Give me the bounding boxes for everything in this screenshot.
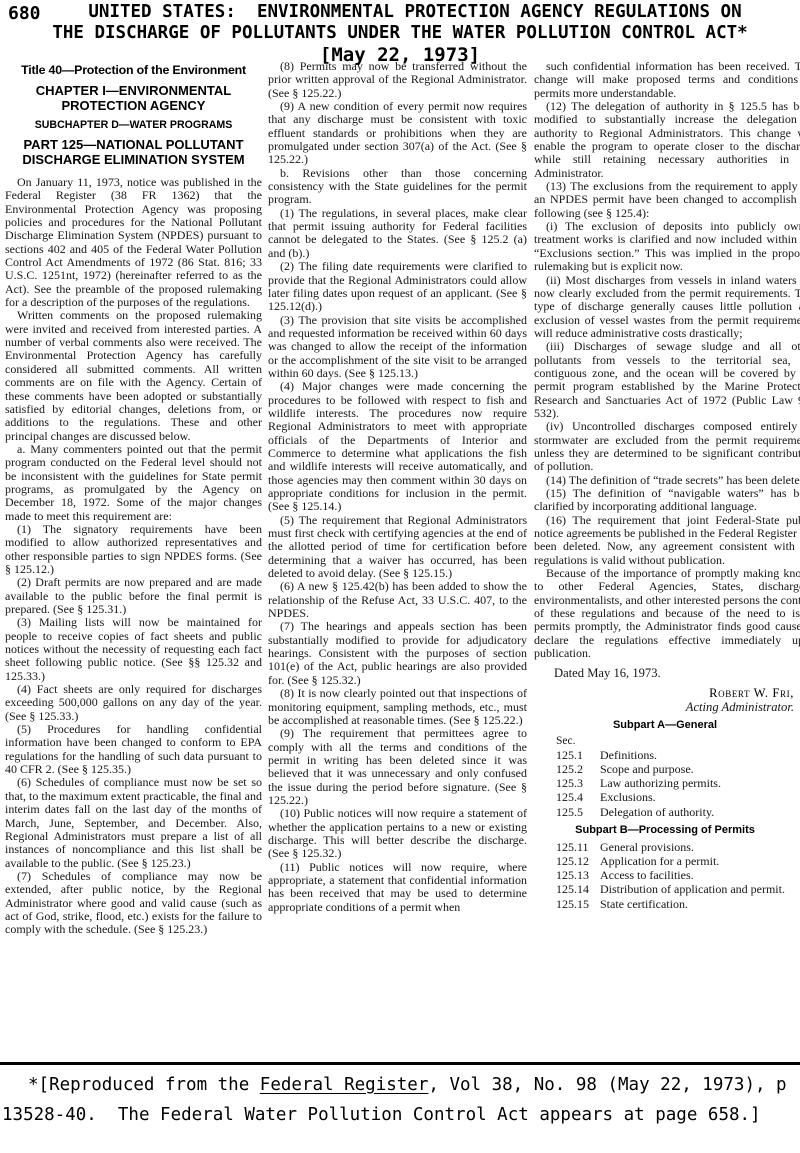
toc-entry: 125.5 Delegation of authority. <box>534 805 800 819</box>
paragraph: (6) Schedules of compliance must now be … <box>5 776 262 869</box>
paragraph: (8) Permits may now be transferred witho… <box>268 60 527 100</box>
part-heading: PART 125—NATIONAL POLLUTANT DISCHARGE EL… <box>13 138 254 167</box>
paragraph: (1) The regulations, in several places, … <box>268 207 527 260</box>
paragraph: (3) Mailing lists will now be maintained… <box>5 616 262 683</box>
paragraph: b. Revisions other than those concerning… <box>268 167 527 207</box>
paragraph: (5) The requirement that Regional Admini… <box>268 514 527 581</box>
document-page: 680 UNITED STATES: ENVIRONMENTAL PROTECT… <box>0 0 800 1153</box>
paragraph: (13) The exclusions from the requirement… <box>534 180 800 220</box>
toc-entry: 125.1 Definitions. <box>534 748 800 762</box>
toc-entry-label: Scope and purpose. <box>600 762 800 776</box>
title-40-heading: Title 40—Protection of the Environment <box>5 63 262 77</box>
paragraph: (9) The requirement that permittees agre… <box>268 727 527 807</box>
paragraph: (14) The definition of “trade secrets” h… <box>534 474 800 487</box>
toc-entry-label: Application for a permit. <box>600 854 800 868</box>
paragraph: On January 11, 1973, notice was publishe… <box>5 176 262 309</box>
dated-line: Dated May 16, 1973. <box>534 667 800 680</box>
middle-column: (8) Permits may now be transferred witho… <box>268 60 527 1062</box>
left-column: Title 40—Protection of the Environment C… <box>5 60 262 1062</box>
toc-entry: 125.14 Distribution of application and p… <box>534 882 800 896</box>
right-column: such confidential information has been r… <box>534 60 800 1062</box>
paragraph: (4) Fact sheets are only required for di… <box>5 683 262 723</box>
paragraph: (8) It is now clearly pointed out that i… <box>268 687 527 727</box>
paragraph: (4) Major changes were made concerning t… <box>268 380 527 513</box>
toc-entry: 125.15 State certification. <box>534 897 800 911</box>
paragraph: (15) The definition of “navigable waters… <box>534 487 800 514</box>
toc-entry-number: 125.11 <box>556 840 600 854</box>
toc-entry-number: 125.1 <box>556 748 600 762</box>
paragraph: (16) The requirement that joint Federal-… <box>534 514 800 567</box>
toc-entry-number: 125.3 <box>556 776 600 790</box>
paragraph: (7) Schedules of compliance may now be e… <box>5 870 262 937</box>
paragraph: a. Many commenters pointed out that the … <box>5 443 262 523</box>
subchapter-heading: SUBCHAPTER D—WATER PROGRAMS <box>5 119 262 131</box>
footnote-federal-register: Federal Register <box>260 1075 429 1095</box>
document-header: UNITED STATES: ENVIRONMENTAL PROTECTION … <box>0 0 800 65</box>
paragraph: (2) Draft permits are now prepared and a… <box>5 576 262 616</box>
footnote-line1: *[Reproduced from the Federal Register, … <box>28 1074 787 1096</box>
footnote-suffix: , Vol 38, No. 98 (May 22, 1973), p <box>428 1075 786 1095</box>
subpart-b-heading: Subpart B—Processing of Permits <box>534 824 796 836</box>
toc-entry-number: 125.14 <box>556 882 600 896</box>
toc-entry-number: 125.5 <box>556 805 600 819</box>
footnote-line2: 13528-40. The Federal Water Pollution Co… <box>2 1104 761 1126</box>
paragraph: (7) The hearings and appeals section has… <box>268 620 527 687</box>
document-title-line1: UNITED STATES: ENVIRONMENTAL PROTECTION … <box>0 0 800 23</box>
toc-entry: 125.2 Scope and purpose. <box>534 762 800 776</box>
paragraph: (iv) Uncontrolled discharges composed en… <box>534 420 800 473</box>
paragraph: Written comments on the proposed rulemak… <box>5 309 262 442</box>
toc-entry-number: 125.12 <box>556 854 600 868</box>
document-title-line2: THE DISCHARGE OF POLLUTANTS UNDER THE WA… <box>0 23 800 44</box>
toc-entry-label: General provisions. <box>600 840 800 854</box>
paragraph: (2) The filing date requirements were cl… <box>268 260 527 313</box>
toc-entry: 125.12 Application for a permit. <box>534 854 800 868</box>
toc-entry-label: Distribution of application and permit. <box>600 882 800 896</box>
paragraph: (6) A new § 125.42(b) has been added to … <box>268 580 527 620</box>
paragraph: (i) The exclusion of deposits into publi… <box>534 220 800 273</box>
paragraph: (iii) Discharges of sewage sludge and al… <box>534 340 800 420</box>
toc-entry-number: 125.13 <box>556 868 600 882</box>
toc-entry-number: 125.2 <box>556 762 600 776</box>
chapter-heading: CHAPTER I—ENVIRONMENTAL PROTECTION AGENC… <box>19 84 248 113</box>
paragraph: (5) Procedures for handling confidential… <box>5 723 262 776</box>
paragraph: Because of the importance of promptly ma… <box>534 567 800 660</box>
subpart-a-heading: Subpart A—General <box>534 719 796 731</box>
sec-label: Sec. <box>534 735 800 748</box>
toc-entry-label: Delegation of authority. <box>600 805 800 819</box>
toc-entry-label: Law authorizing permits. <box>600 776 800 790</box>
paragraph: (9) A new condition of every permit now … <box>268 100 527 167</box>
toc-entry-label: Definitions. <box>600 748 800 762</box>
toc-entry-label: State certification. <box>600 897 800 911</box>
toc-entry-number: 125.4 <box>556 790 600 804</box>
toc-entry: 125.3 Law authorizing permits. <box>534 776 800 790</box>
paragraph: (12) The delegation of authority in § 12… <box>534 100 800 180</box>
paragraph: (1) The signatory requirements have been… <box>5 523 262 576</box>
paragraph: such confidential information has been r… <box>534 60 800 100</box>
toc-entry-label: Exclusions. <box>600 790 800 804</box>
paragraph: (10) Public notices will now require a s… <box>268 807 527 860</box>
footnote-prefix: *[Reproduced from the <box>28 1075 260 1095</box>
toc-entry: 125.11 General provisions. <box>534 840 800 854</box>
paragraph: (3) The provision that site visits be ac… <box>268 314 527 381</box>
signature-name: Robert W. Fri, <box>534 686 794 700</box>
toc-entry: 125.13 Access to facilities. <box>534 868 800 882</box>
paragraph: (ii) Most discharges from vessels in inl… <box>534 274 800 341</box>
toc-entry-number: 125.15 <box>556 897 600 911</box>
signature-title: Acting Administrator. <box>534 700 794 714</box>
toc-entry-label: Access to facilities. <box>600 868 800 882</box>
paragraph: (11) Public notices will now require, wh… <box>268 861 527 914</box>
toc-entry: 125.4 Exclusions. <box>534 790 800 804</box>
horizontal-rule <box>0 1062 800 1065</box>
